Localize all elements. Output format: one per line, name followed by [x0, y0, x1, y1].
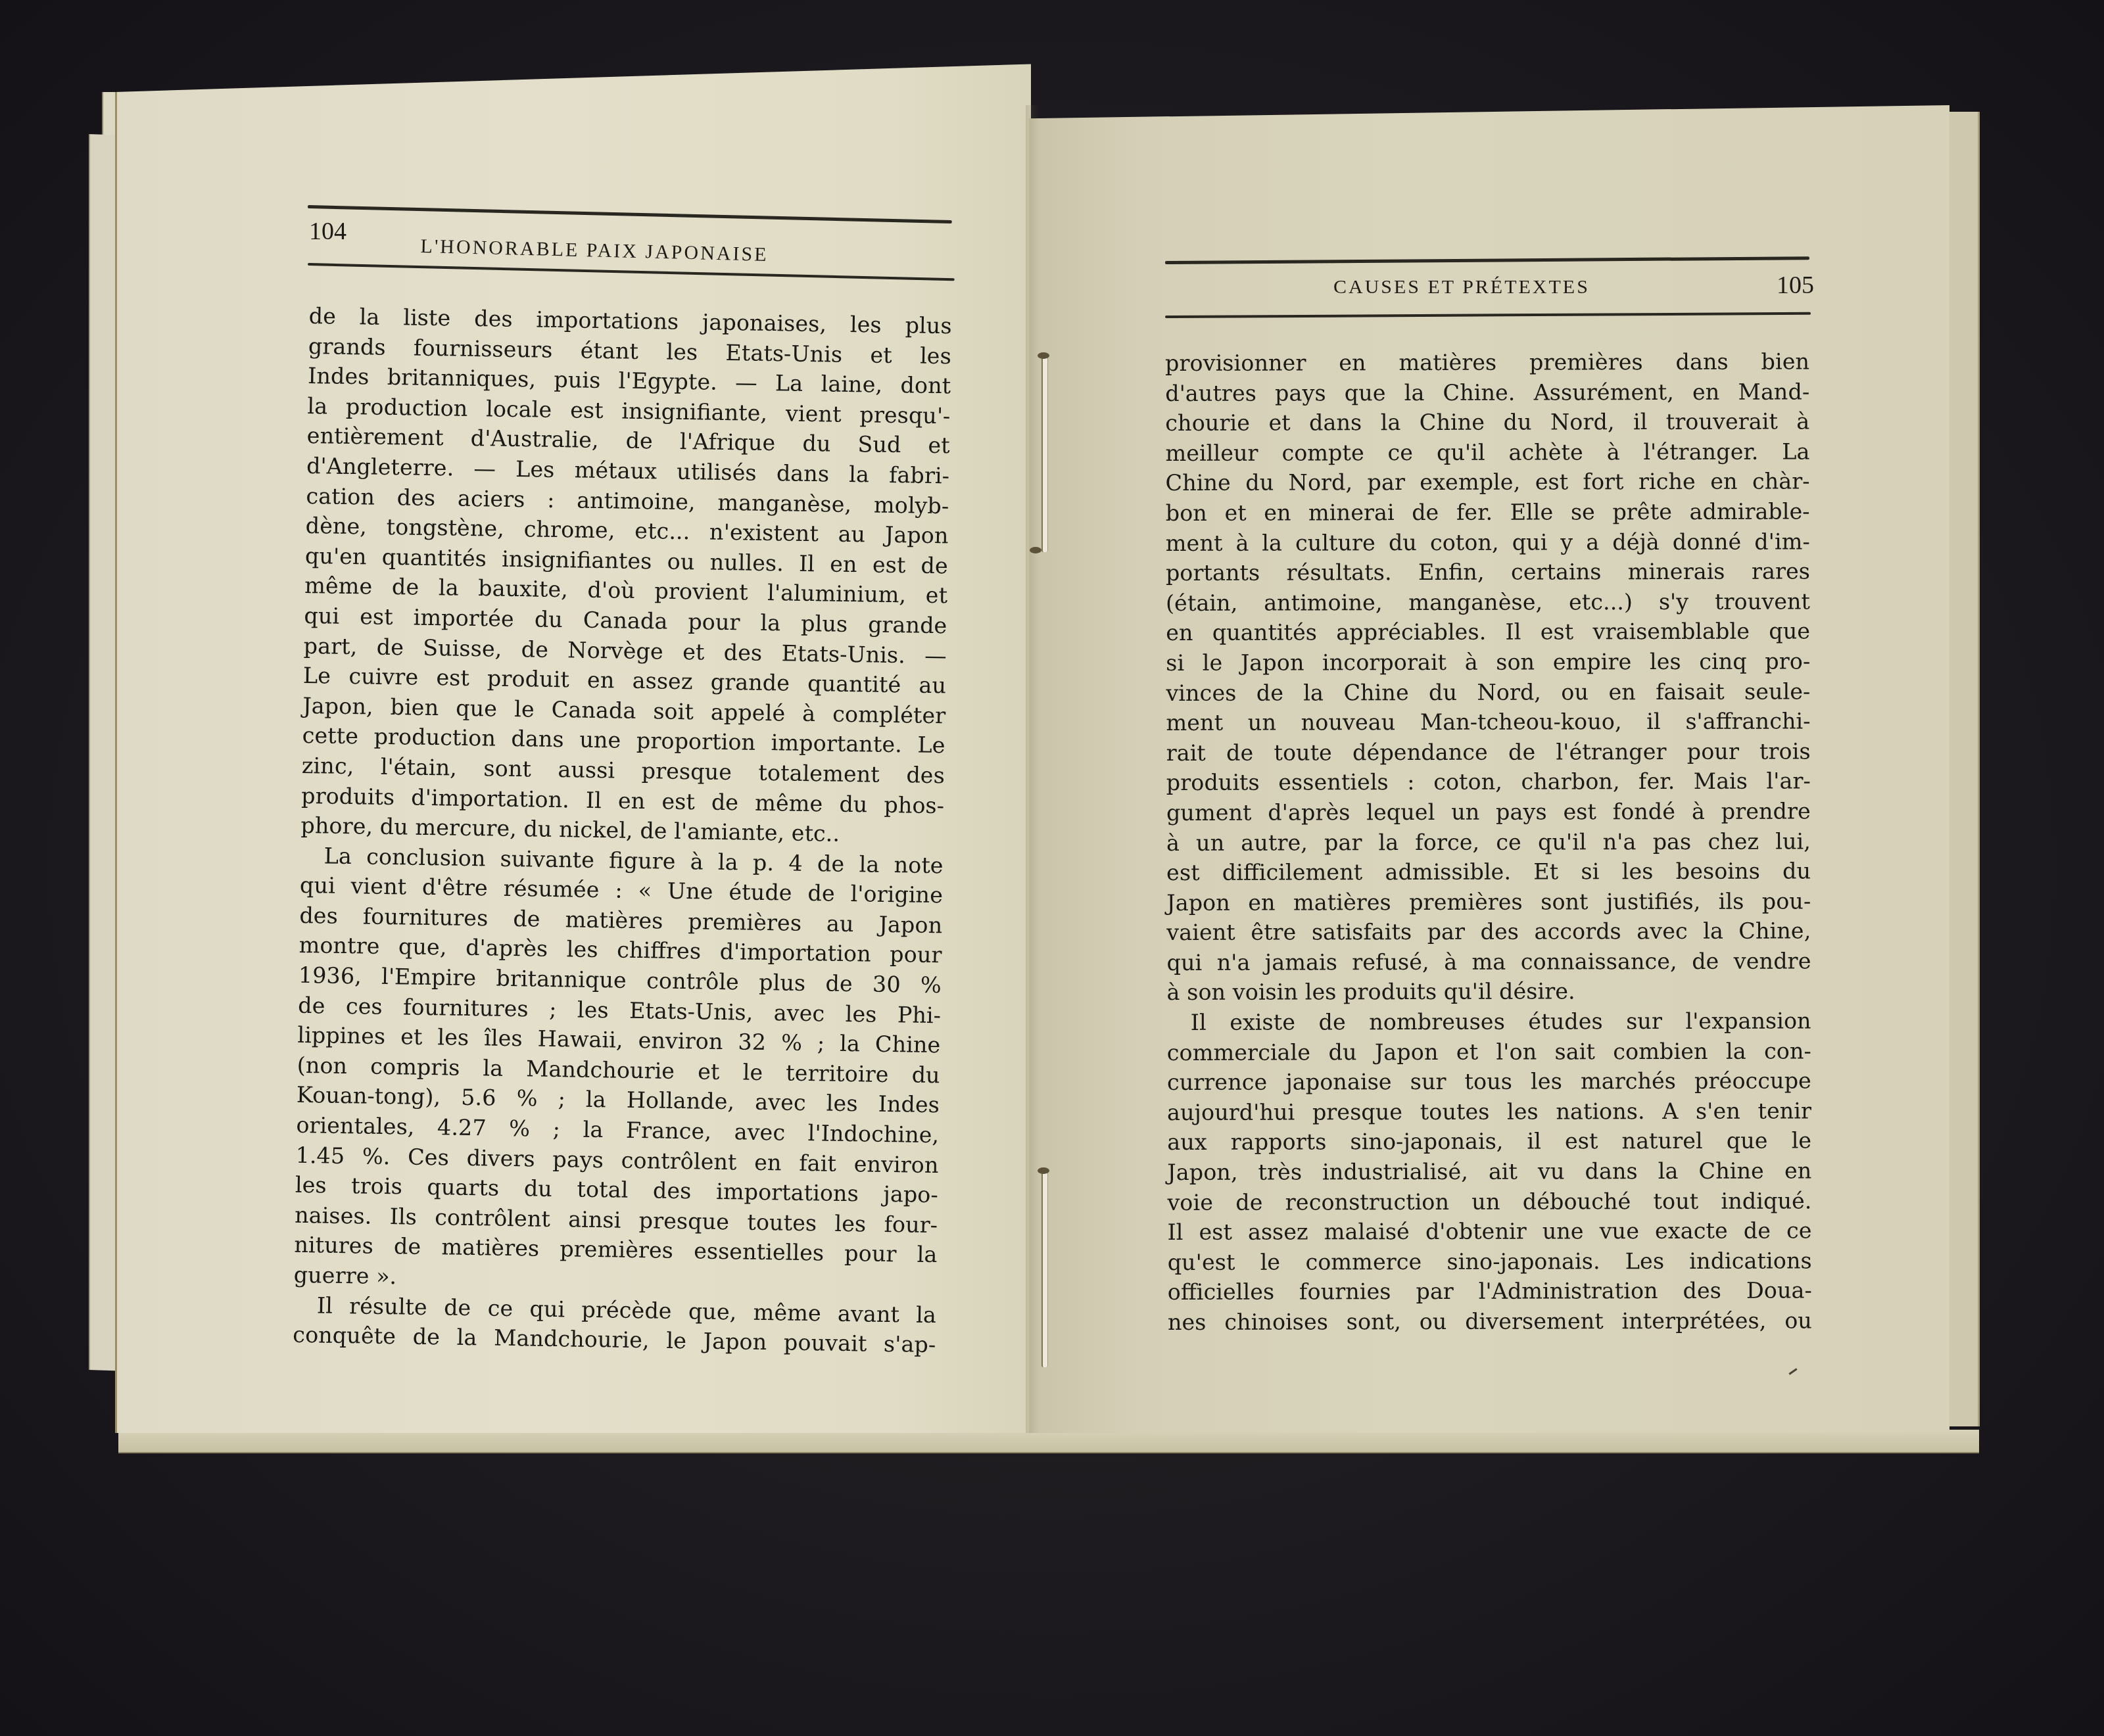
- text-line: nes chinoises sont, ou diversement inter…: [1168, 1305, 1812, 1337]
- text-line: voie de reconstruction un débouché tout …: [1167, 1186, 1811, 1217]
- text-line: ment un nouveau Man-tcheou-kouo, il s'af…: [1166, 707, 1810, 738]
- text-line: currence japonaise sur tous les marchés …: [1167, 1066, 1811, 1098]
- text-line: Japon en matières premières sont justifi…: [1166, 886, 1811, 918]
- page-stack-edge-bottom: [118, 1430, 1979, 1453]
- stitch-knot: [1038, 352, 1049, 359]
- stitch-knot: [1030, 547, 1041, 553]
- text-line: chourie et dans la Chine du Nord, il tro…: [1165, 407, 1809, 438]
- text-line: Chine du Nord, par exemple, est fort ric…: [1165, 467, 1809, 498]
- right-page-number: 105: [1777, 271, 1814, 300]
- text-line: gument d'après lequel un pays est fondé …: [1166, 796, 1811, 828]
- left-page-number: 104: [309, 217, 347, 246]
- text-line: aux rapports sino-japonais, il est natur…: [1167, 1126, 1811, 1158]
- text-line: à son voisin les produits qu'il désire.: [1167, 976, 1811, 1008]
- text-line: Il existe de nombreuses études sur l'exp…: [1167, 1006, 1811, 1037]
- text-line: d'autres pays que la Chine. Assurément, …: [1165, 377, 1809, 408]
- text-line: qu'est le commerce sino-japonais. Les in…: [1168, 1246, 1812, 1277]
- text-line: portants résultats. Enfin, certains mine…: [1166, 557, 1810, 588]
- text-line: meilleur compte ce qu'il achète à l'étra…: [1165, 436, 1809, 468]
- text-line: si le Japon incorporait à son empire les…: [1166, 646, 1810, 678]
- text-line: vaient être satisfaits par des accords a…: [1166, 916, 1811, 948]
- text-line: ment à la culture du coton, qui y a déjà…: [1166, 527, 1810, 558]
- spine-gutter: [1026, 105, 1039, 1433]
- text-line: Japon, très industrialisé, ait vu dans l…: [1167, 1156, 1811, 1187]
- binding-stitch-bottom: [1041, 1170, 1048, 1367]
- binding-stitch-top: [1041, 355, 1048, 552]
- text-line: rait de toute dépendance de l'étranger p…: [1166, 736, 1811, 768]
- text-line: vinces de la Chine du Nord, ou en faisai…: [1166, 676, 1810, 708]
- text-line: produits essentiels : coton, charbon, fe…: [1166, 766, 1811, 798]
- left-page-body: de la liste des importations japonaises,…: [293, 301, 952, 1360]
- right-page-body: provisionner en matières premières dans …: [1165, 346, 1812, 1337]
- text-line: officielles fournies par l'Administratio…: [1168, 1276, 1812, 1307]
- text-line: Il est assez malaisé d'obtenir une vue e…: [1167, 1216, 1811, 1248]
- text-line: (étain, antimoine, manganèse, etc...) s'…: [1166, 586, 1810, 618]
- text-line: provisionner en matières premières dans …: [1165, 346, 1809, 378]
- text-line: commerciale du Japon et l'on sait combie…: [1167, 1036, 1811, 1067]
- text-line: est difficilement admissible. Et si les …: [1166, 856, 1811, 888]
- text-line: qui n'a jamais refusé, à ma connaissance…: [1166, 946, 1811, 977]
- text-line: aujourd'hui presque toutes les nations. …: [1167, 1096, 1811, 1127]
- text-line: à un autre, par la force, ce qu'il n'a p…: [1166, 826, 1811, 858]
- stitch-knot: [1038, 1167, 1049, 1174]
- page-stack-edge-right: [1946, 112, 1980, 1426]
- text-line: en quantités appréciables. Il est vraise…: [1166, 617, 1810, 648]
- text-line: bon et en minerai de fer. Elle se prête …: [1166, 496, 1810, 528]
- right-running-head: CAUSES ET PRÉTEXTES: [1333, 276, 1590, 298]
